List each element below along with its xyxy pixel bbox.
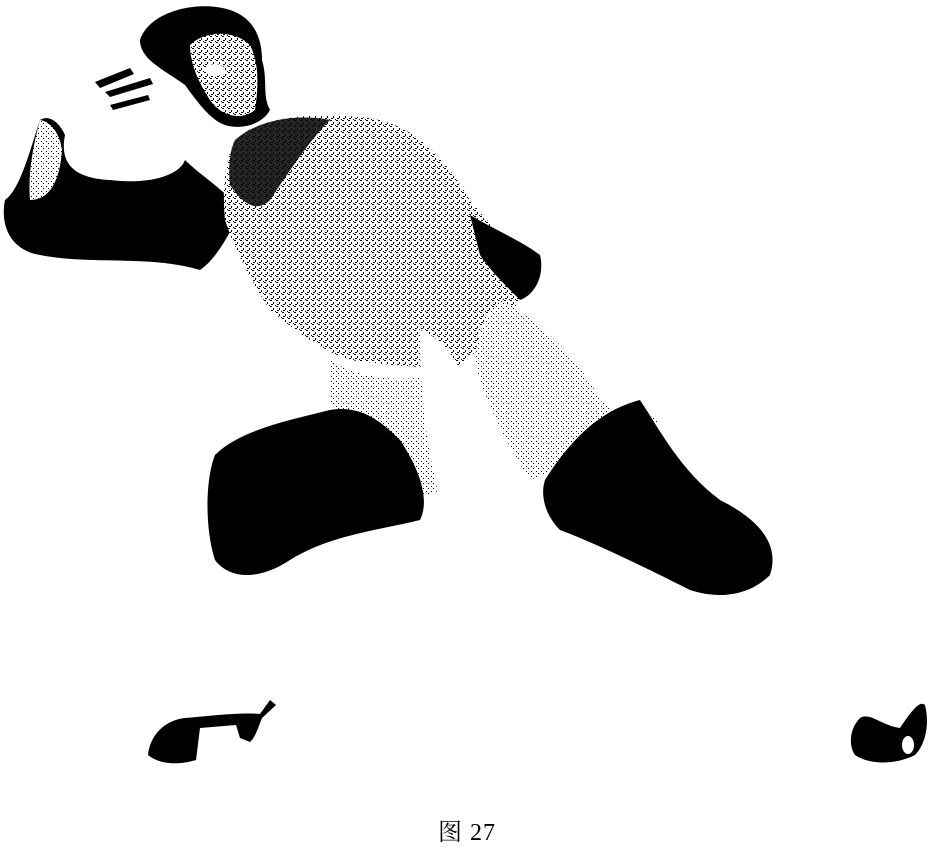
figure-photo bbox=[0, 0, 934, 800]
left-leg bbox=[208, 409, 424, 575]
right-shoe bbox=[851, 704, 927, 763]
left-shoe bbox=[148, 700, 276, 763]
figure-caption: 图 27 bbox=[0, 812, 934, 847]
martial-artist-silhouette bbox=[0, 0, 934, 800]
eye bbox=[205, 64, 225, 76]
